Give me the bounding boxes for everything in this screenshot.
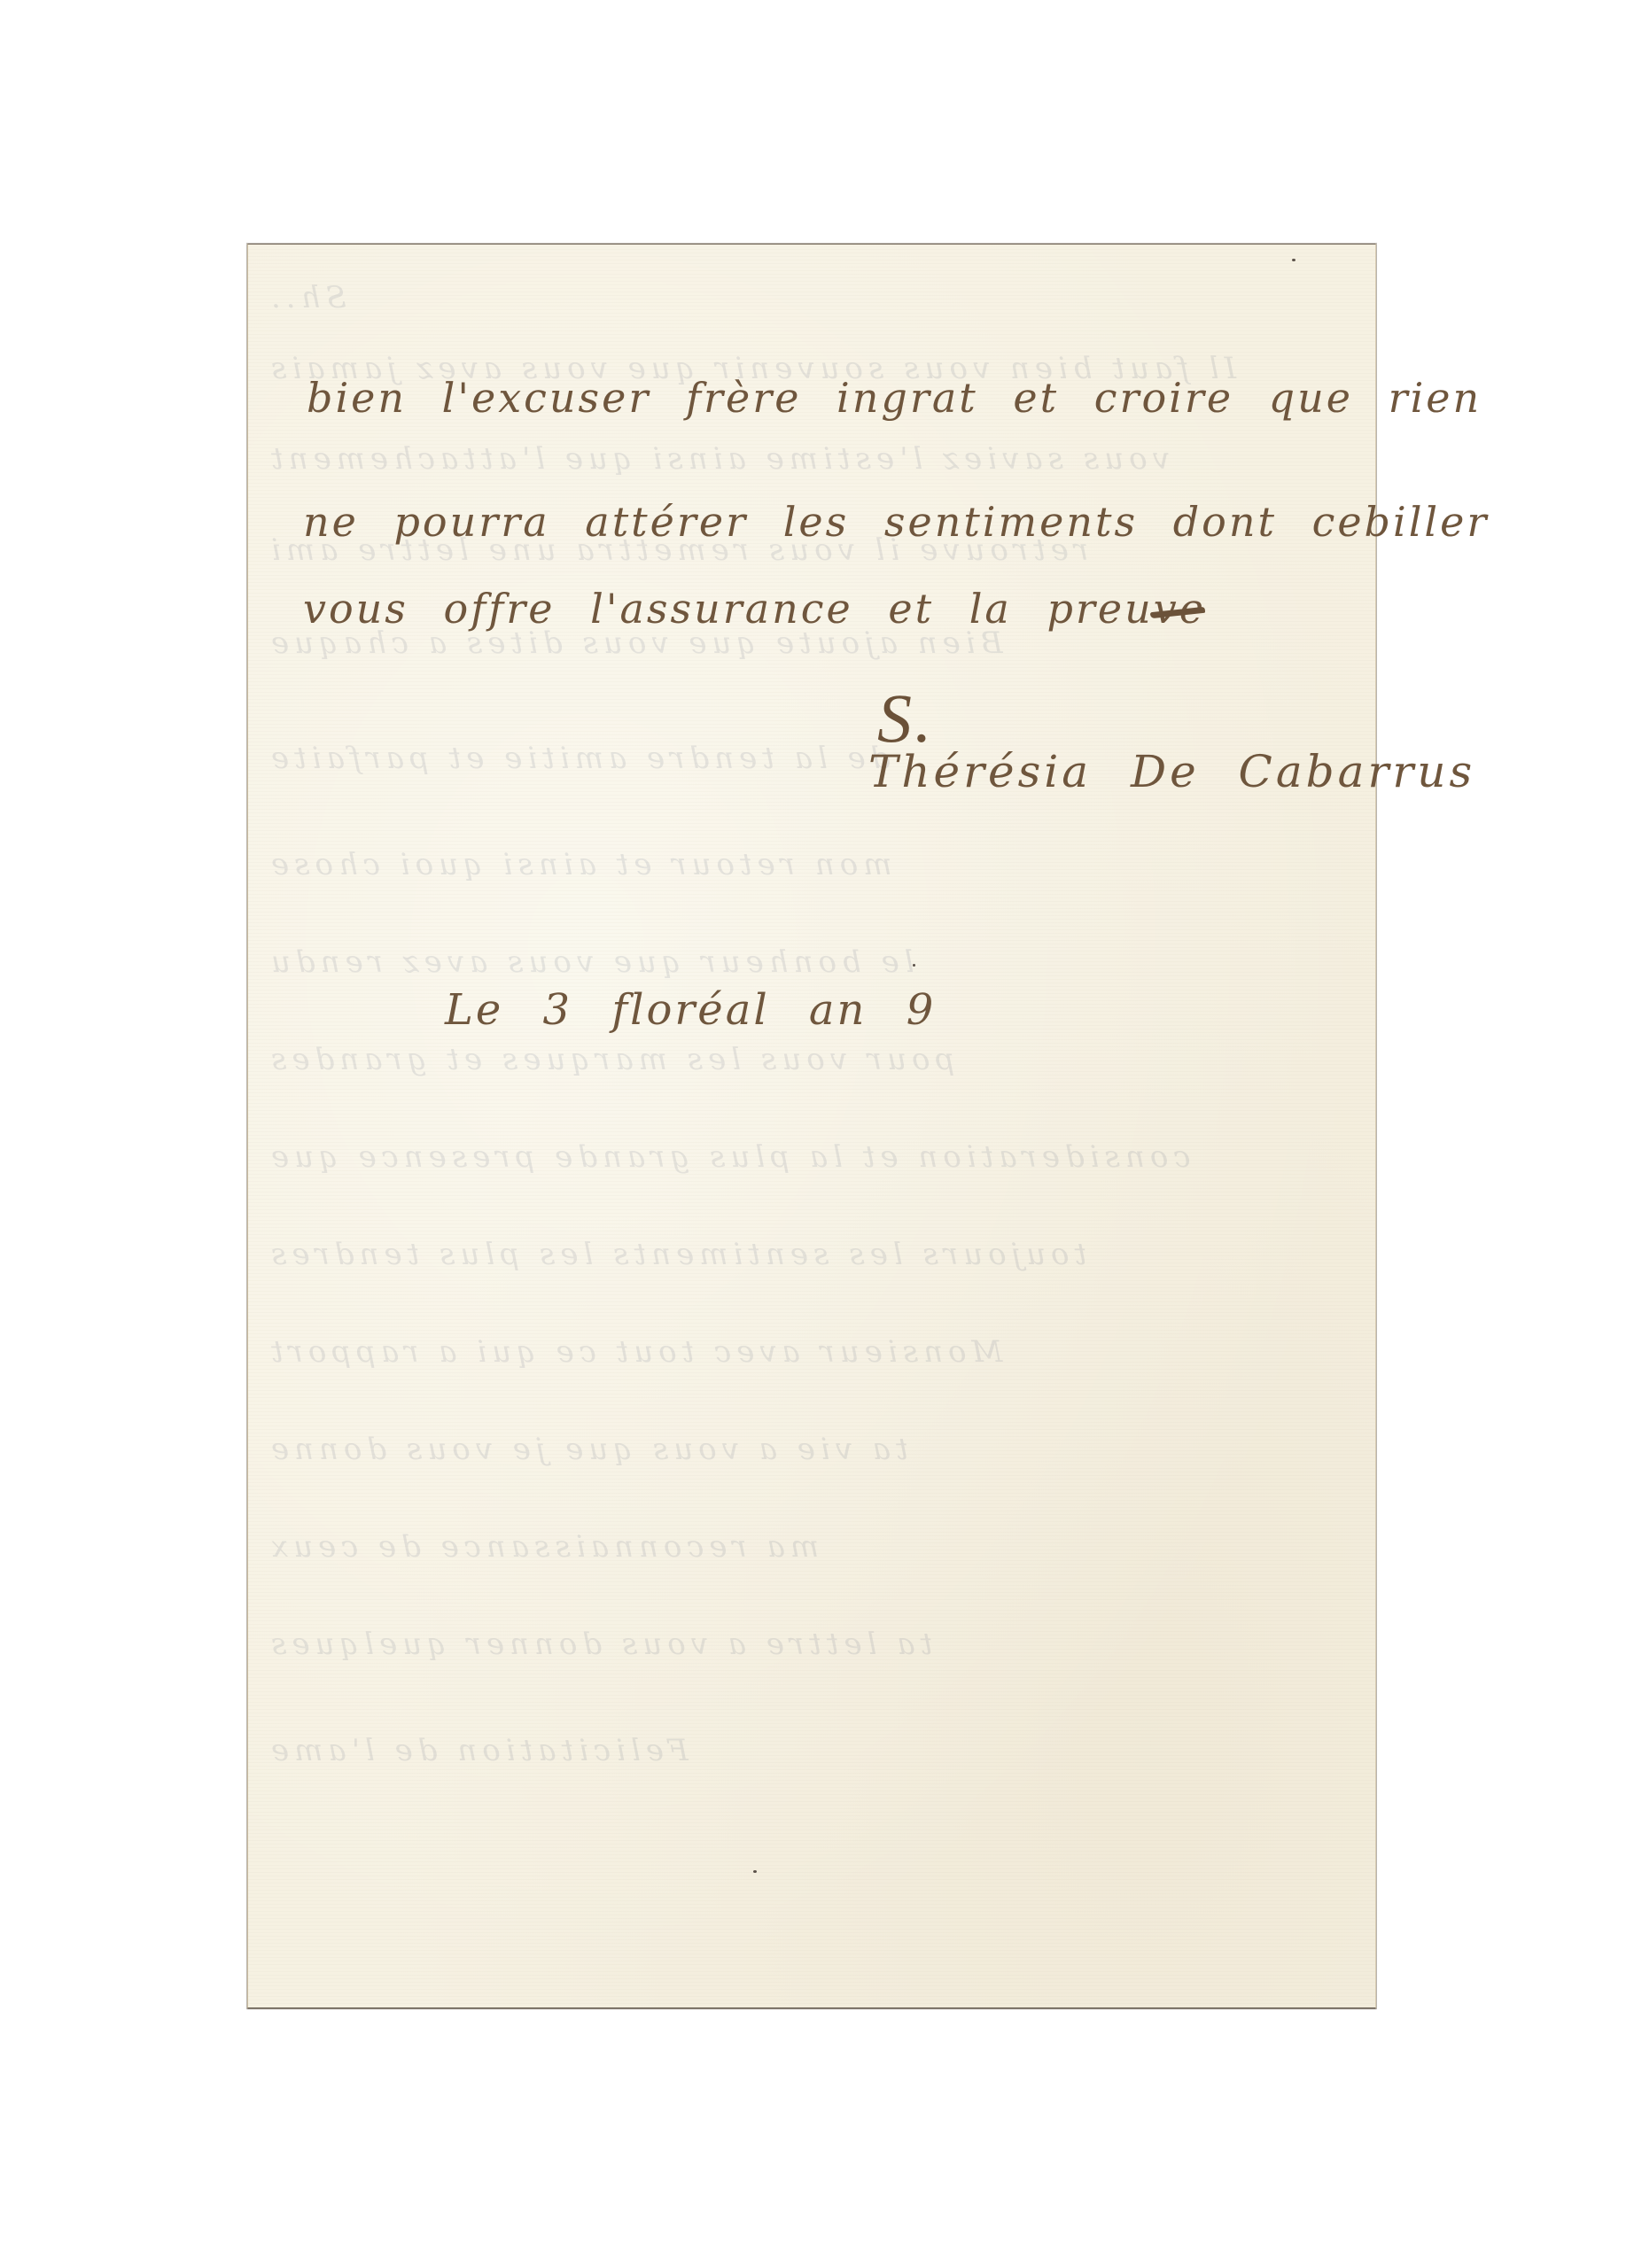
signature: Thérésia De Cabarrus: [868, 750, 1475, 794]
letter-page: Sh.. Il faut bien vous souvenir que vous…: [247, 244, 1376, 2008]
show-through-text: Monsieur avec tout ce qui a rapport: [248, 1334, 1375, 1370]
show-through-text: ma reconnaissance de ceux: [248, 1529, 1375, 1565]
show-through-text: Felicitation de l'ame: [248, 1733, 1375, 1768]
show-through-text: toujours les sentiments les plus tendres: [248, 1237, 1375, 1272]
show-through-text: vous saviez l'estime ainsi que l'attache…: [248, 441, 1375, 477]
paper-speck: [753, 1870, 757, 1873]
show-through-text: consideration et la plus grande presence…: [248, 1139, 1375, 1175]
letter-line-2: ne pourra attérer les sentiments dont ce…: [303, 501, 1489, 542]
show-through-text: pour vous les marques et grandes: [248, 1042, 1375, 1077]
paper-speck: [1292, 259, 1296, 261]
paper-speck: [913, 964, 915, 967]
show-through-text: ta lettre a vous donner quelques: [248, 1627, 1375, 1662]
show-through-text: Sh..: [248, 280, 1375, 315]
letter-line-1: bien l'excuser frère ingrat et croire qu…: [307, 377, 1482, 418]
show-through-text: ta vie a vous que je vous donne: [248, 1432, 1375, 1467]
show-through-text: mon retour et ainsi quoi chose: [248, 847, 1375, 882]
show-through-text: le bonheur que vous avez rendu: [248, 944, 1375, 980]
letter-line-3: vous offre l'assurance et la preuve: [303, 588, 1206, 629]
letter-date: Le 3 floréal an 9: [445, 989, 936, 1031]
signature-mark: S.: [877, 684, 935, 753]
